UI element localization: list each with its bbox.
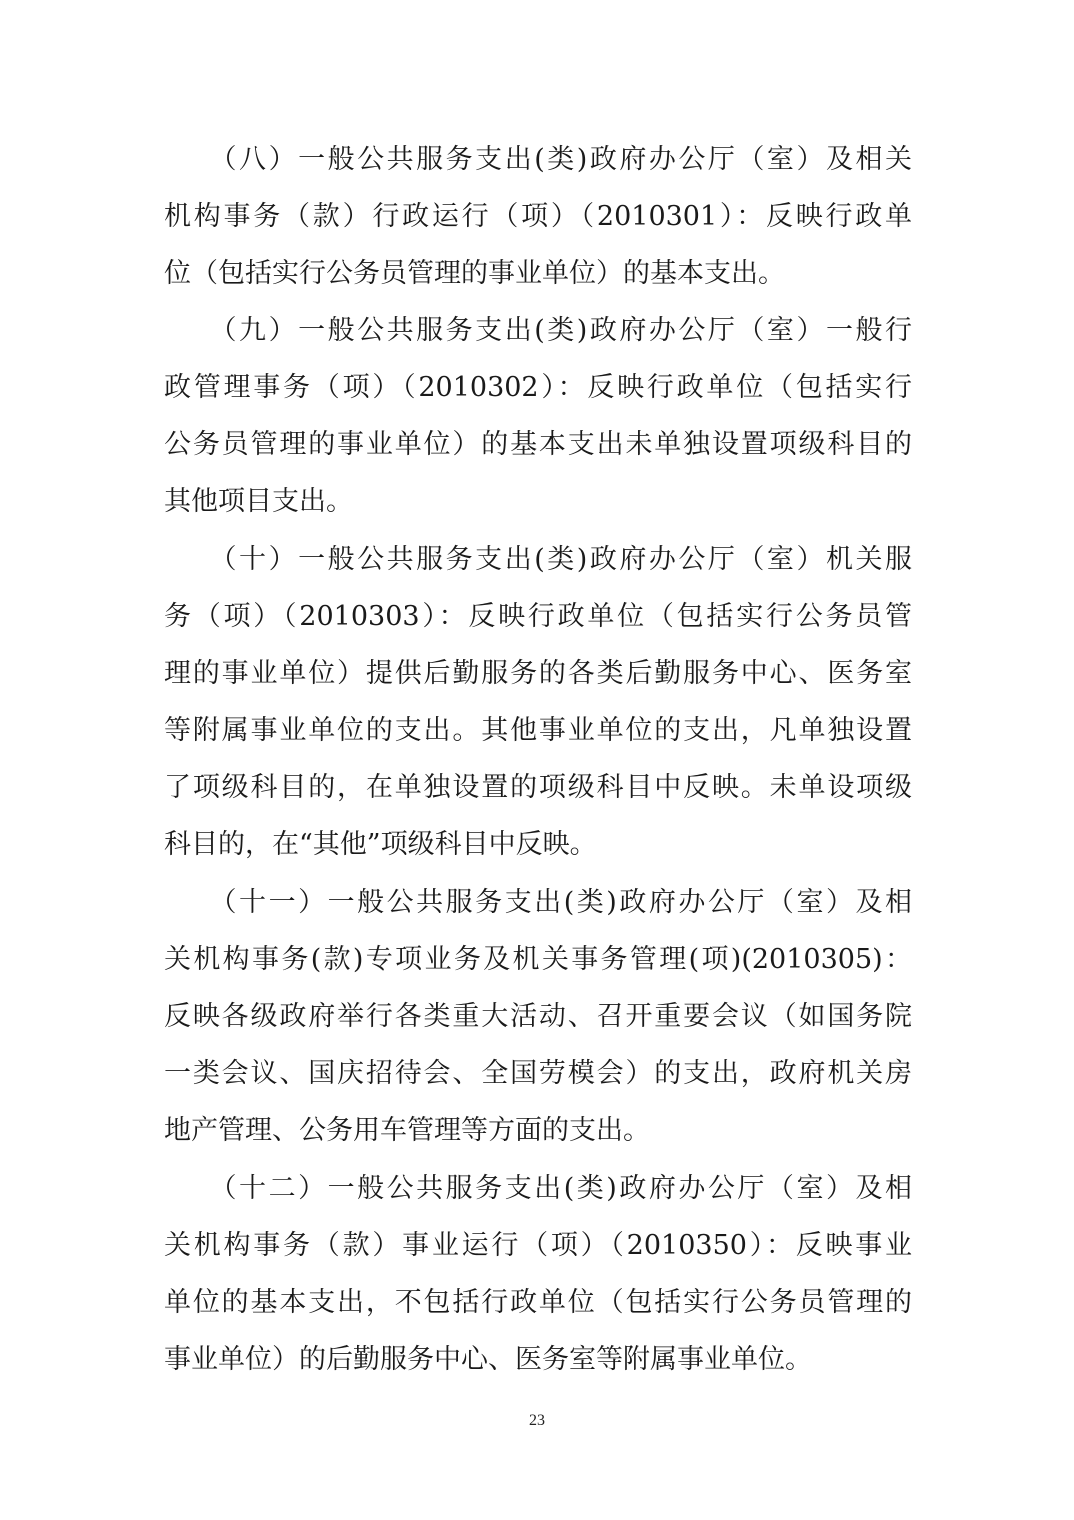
- text-line: 位（包括实行公务员管理的事业单位）的基本支出。: [164, 245, 912, 302]
- text-line: （八）一般公共服务支出(类)政府办公厅（室）及相关: [164, 131, 912, 188]
- text-line: 机构事务（款）行政运行（项）（2010301）：反映行政单: [164, 188, 912, 245]
- text-line: 等附属事业单位的支出。其他事业单位的支出，凡单独设置: [164, 702, 912, 759]
- text-line: 反映各级政府举行各类重大活动、召开重要会议（如国务院: [164, 988, 912, 1045]
- paragraph-12: （十二）一般公共服务支出(类)政府办公厅（室）及相 关机构事务（款）事业运行（项…: [164, 1160, 912, 1388]
- text-line: 政管理事务（项）（2010302）：反映行政单位（包括实行: [164, 359, 912, 416]
- text-line: 关机构事务（款）事业运行（项）（2010350）：反映事业: [164, 1217, 912, 1274]
- text-line: （十）一般公共服务支出(类)政府办公厅（室）机关服: [164, 531, 912, 588]
- text-line: 一类会议、国庆招待会、全国劳模会）的支出，政府机关房: [164, 1045, 912, 1102]
- text-line: （十一）一般公共服务支出(类)政府办公厅（室）及相: [164, 874, 912, 931]
- text-line: 务（项）（2010303）：反映行政单位（包括实行公务员管: [164, 588, 912, 645]
- paragraph-11: （十一）一般公共服务支出(类)政府办公厅（室）及相 关机构事务(款)专项业务及机…: [164, 874, 912, 1159]
- text-line: 了项级科目的，在单独设置的项级科目中反映。未单设项级: [164, 759, 912, 816]
- paragraph-10: （十）一般公共服务支出(类)政府办公厅（室）机关服 务（项）（2010303）：…: [164, 531, 912, 873]
- text-line: 地产管理、公务用车管理等方面的支出。: [164, 1102, 912, 1159]
- text-line: 科目的，在“其他”项级科目中反映。: [164, 816, 912, 873]
- text-line: 关机构事务(款)专项业务及机关事务管理(项)(2010305)：: [164, 931, 912, 988]
- paragraph-8: （八）一般公共服务支出(类)政府办公厅（室）及相关 机构事务（款）行政运行（项）…: [164, 131, 912, 302]
- text-line: 理的事业单位）提供后勤服务的各类后勤服务中心、医务室: [164, 645, 912, 702]
- text-line: （十二）一般公共服务支出(类)政府办公厅（室）及相: [164, 1160, 912, 1217]
- text-line: 公务员管理的事业单位）的基本支出未单独设置项级科目的: [164, 416, 912, 473]
- text-line: 其他项目支出。: [164, 473, 912, 530]
- text-line: 事业单位）的后勤服务中心、医务室等附属事业单位。: [164, 1331, 912, 1388]
- text-line: （九）一般公共服务支出(类)政府办公厅（室）一般行: [164, 302, 912, 359]
- page-number: 23: [0, 1412, 1074, 1430]
- paragraph-9: （九）一般公共服务支出(类)政府办公厅（室）一般行 政管理事务（项）（20103…: [164, 302, 912, 530]
- text-line: 单位的基本支出，不包括行政单位（包括实行公务员管理的: [164, 1274, 912, 1331]
- document-page: （八）一般公共服务支出(类)政府办公厅（室）及相关 机构事务（款）行政运行（项）…: [0, 0, 1074, 1520]
